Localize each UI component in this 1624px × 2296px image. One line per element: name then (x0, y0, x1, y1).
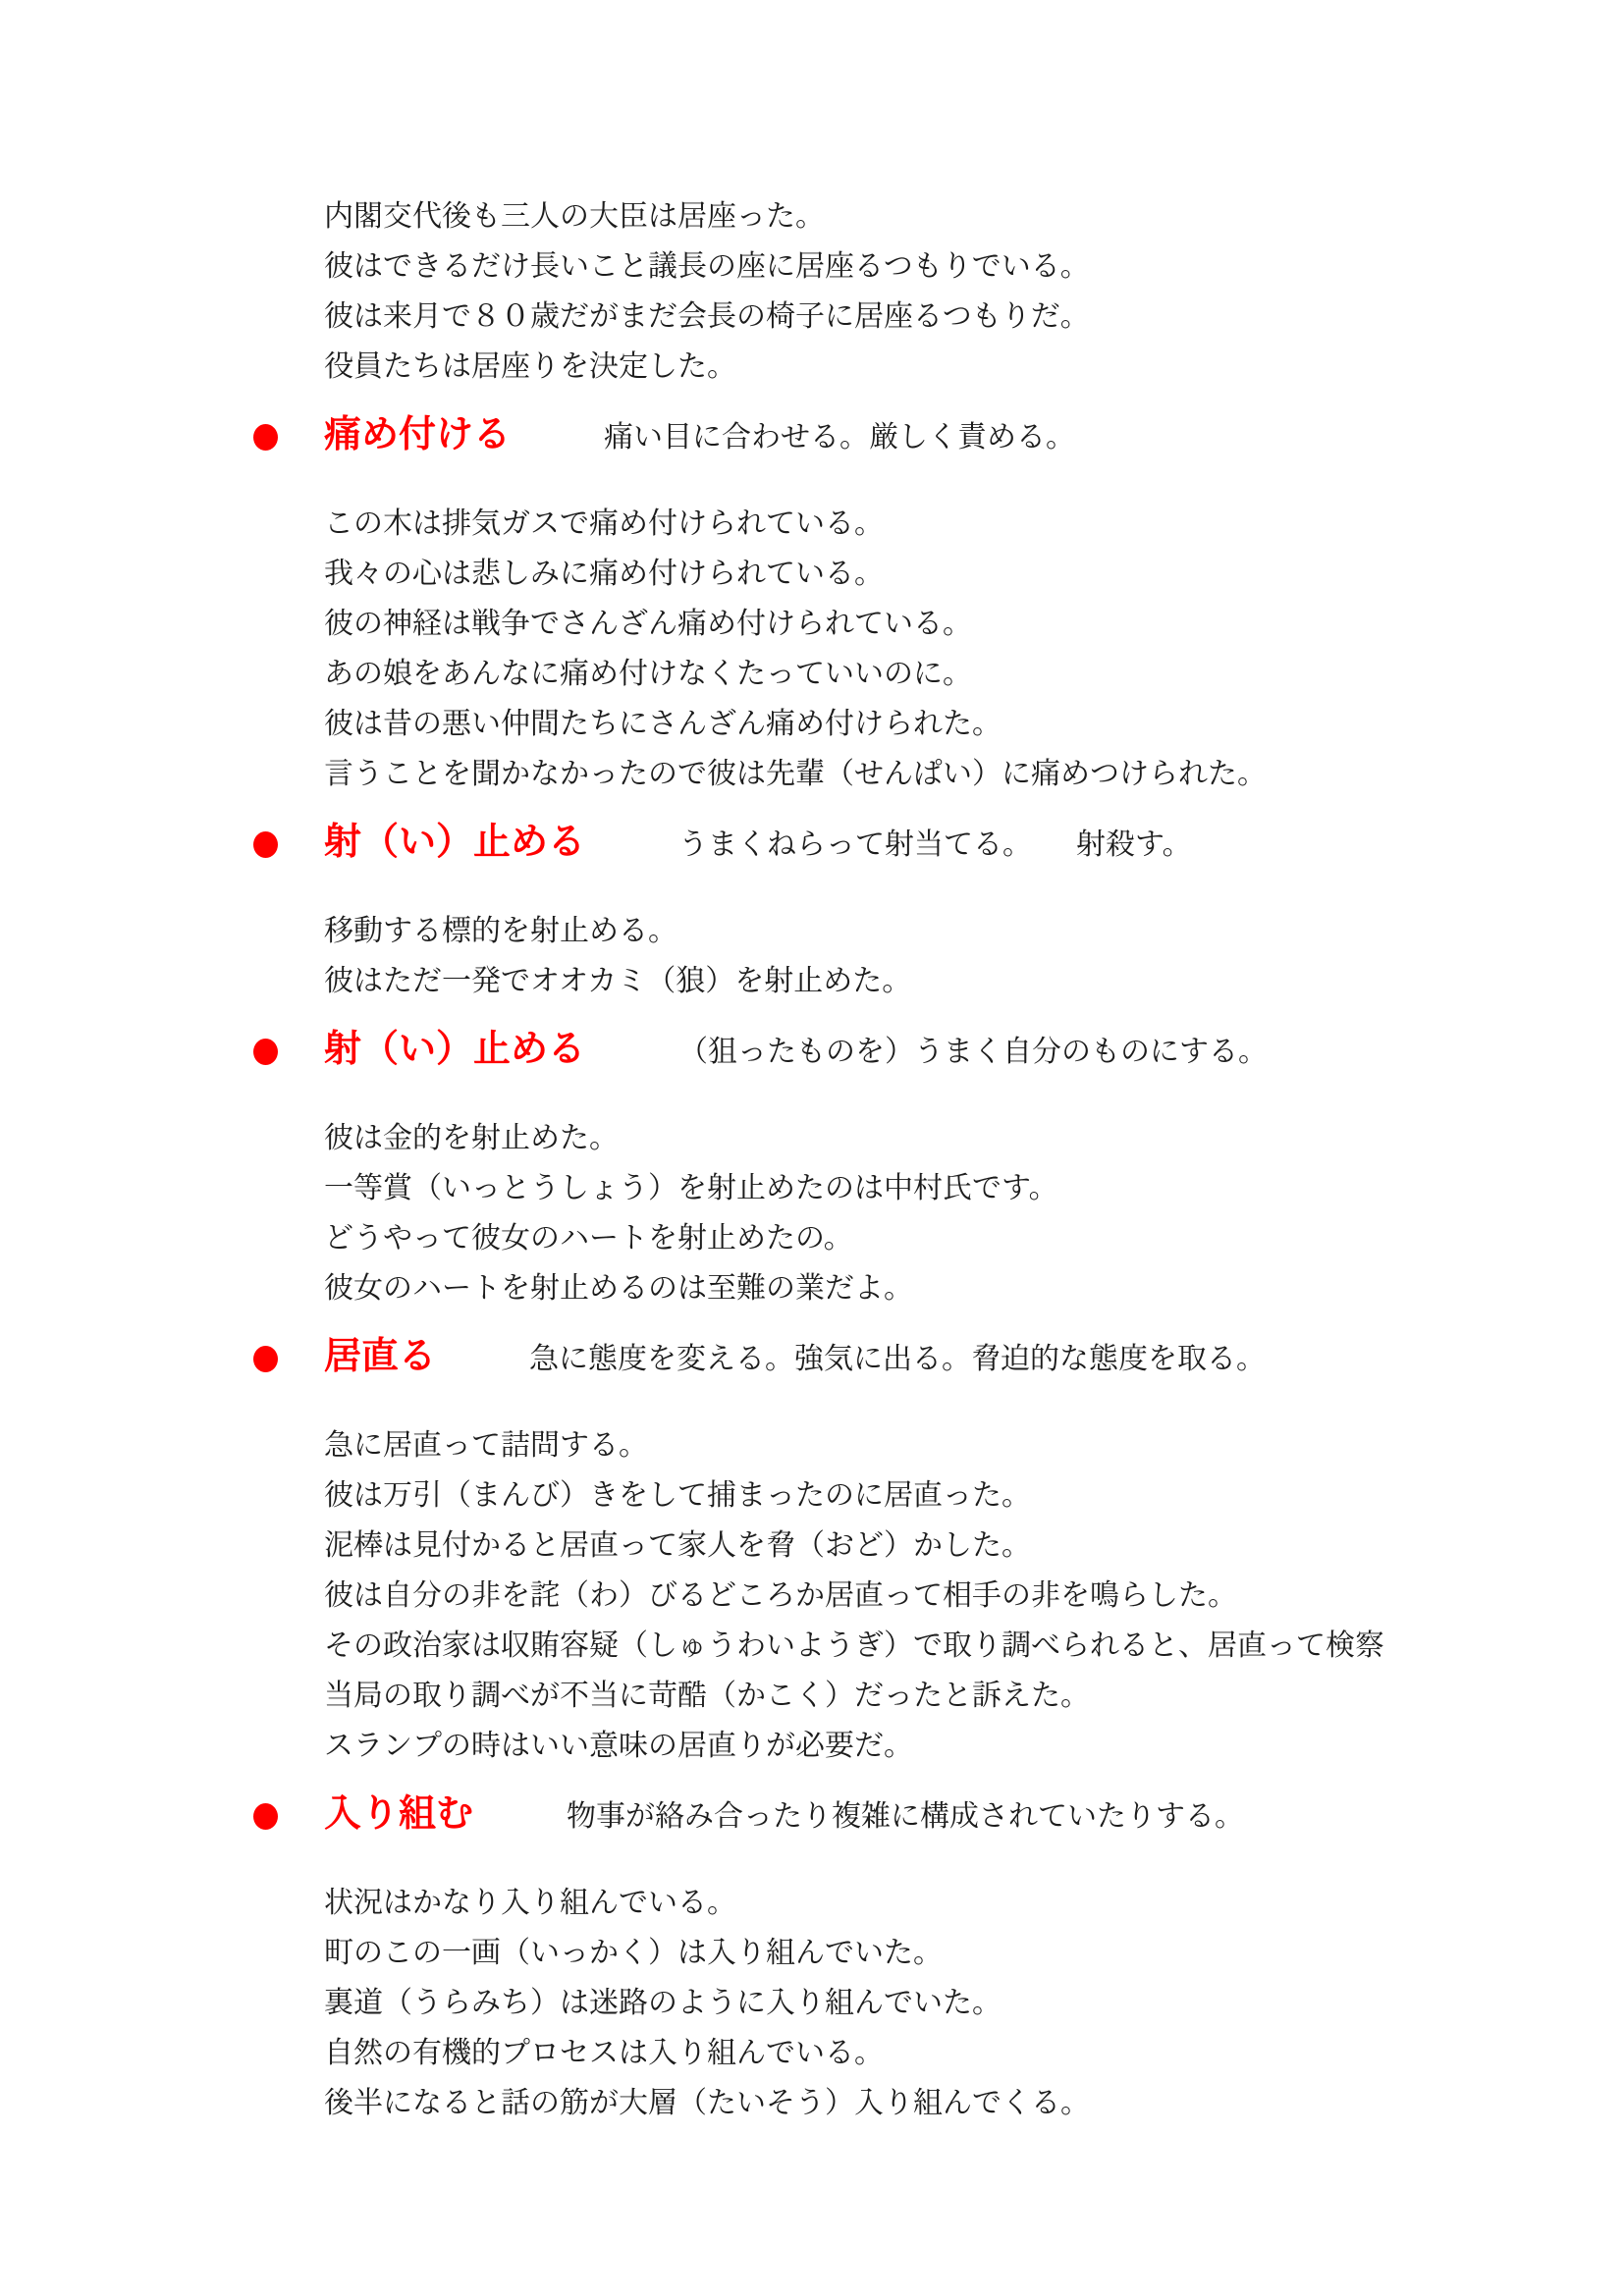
entry-example-block: 移動する標的を射止める。 彼はただ一発でオオカミ（狼）を射止めた。 (324, 906, 1399, 1006)
definition: 急に態度を変える。強気に出る。脅迫的な態度を取る。 (529, 1336, 1266, 1383)
example-sentence: あの娘をあんなに痛め付けなくたっていいのに。 (324, 649, 1399, 699)
document-content: 内閣交代後も三人の大臣は居座った。 彼はできるだけ長いこと議長の座に居座るつもり… (324, 191, 1399, 2128)
example-sentence: どうやって彼女のハートを射止めたの。 (324, 1213, 1399, 1263)
bullet-icon (253, 1803, 278, 1830)
example-sentence: 彼は来月で８０歳だがまだ会長の椅子に居座るつもりだ。 (324, 292, 1399, 342)
entry-example-block: 彼は金的を射止めた。 一等賞（いっとうしょう）を射止めたのは中村氏です。 どうや… (324, 1113, 1399, 1313)
example-sentence: 彼は昔の悪い仲間たちにさんざん痛め付けられた。 (324, 699, 1399, 749)
entry-heading: 入り組む 物事が絡み合ったり複雑に構成されていたりする。 (324, 1790, 1399, 1841)
bullet-icon (253, 831, 278, 858)
intro-example-block: 内閣交代後も三人の大臣は居座った。 彼はできるだけ長いこと議長の座に居座るつもり… (324, 191, 1399, 392)
entry-example-block: 状況はかなり入り組んでいる。 町のこの一画（いっかく）は入り組んでいた。 裏道（… (324, 1878, 1399, 2128)
document-page: 内閣交代後も三人の大臣は居座った。 彼はできるだけ長いこと議長の座に居座るつもり… (0, 0, 1624, 2296)
example-sentence: 裏道（うらみち）は迷路のように入り組んでいた。 (324, 1978, 1399, 2028)
example-sentence: 我々の心は悲しみに痛め付けられている。 (324, 549, 1399, 599)
headword: 入り組む (324, 1790, 473, 1838)
entry: 入り組む 物事が絡み合ったり複雑に構成されていたりする。 状況はかなり入り組んで… (324, 1790, 1399, 2128)
entry-heading: 居直る 急に態度を変える。強気に出る。脅迫的な態度を取る。 (324, 1333, 1399, 1383)
bullet-icon (253, 424, 278, 451)
definition: （狙ったものを）うまく自分のものにする。 (678, 1029, 1268, 1076)
example-sentence: 移動する標的を射止める。 (324, 906, 1399, 956)
entry-example-block: この木は排気ガスで痛め付けられている。 我々の心は悲しみに痛め付けられている。 … (324, 499, 1399, 799)
example-sentence: この木は排気ガスで痛め付けられている。 (324, 499, 1399, 549)
example-sentence: その政治家は収賄容疑（しゅうわいようぎ）で取り調べられると、居直って検察当局の取… (324, 1621, 1399, 1721)
example-sentence: 後半になると話の筋が大層（たいそう）入り組んでくる。 (324, 2078, 1399, 2128)
entry: 居直る 急に態度を変える。強気に出る。脅迫的な態度を取る。 急に居直って詰問する… (324, 1333, 1399, 1771)
example-sentence: 彼の神経は戦争でさんざん痛め付けられている。 (324, 599, 1399, 649)
definition: 物事が絡み合ったり複雑に構成されていたりする。 (567, 1793, 1244, 1841)
entry: 痛め付ける 痛い目に合わせる。厳しく責める。 この木は排気ガスで痛め付けられてい… (324, 411, 1399, 799)
headword: 居直る (324, 1333, 436, 1380)
headword: 射（い）止める (324, 819, 585, 866)
bullet-icon (253, 1039, 278, 1065)
definition: うまくねらって射当てる。 射殺す。 (678, 822, 1192, 869)
definition: 痛い目に合わせる。厳しく責める。 (604, 414, 1075, 461)
example-sentence: 一等賞（いっとうしょう）を射止めたのは中村氏です。 (324, 1163, 1399, 1213)
entry-heading: 射（い）止める （狙ったものを）うまく自分のものにする。 (324, 1026, 1399, 1076)
entry-heading: 射（い）止める うまくねらって射当てる。 射殺す。 (324, 819, 1399, 869)
entry-example-block: 急に居直って詰問する。 彼は万引（まんび）きをして捕まったのに居直った。 泥棒は… (324, 1420, 1399, 1771)
example-sentence: 町のこの一画（いっかく）は入り組んでいた。 (324, 1928, 1399, 1978)
example-sentence: 彼女のハートを射止めるのは至難の業だよ。 (324, 1263, 1399, 1313)
example-sentence: 自然の有機的プロセスは入り組んでいる。 (324, 2028, 1399, 2078)
headword: 痛め付ける (324, 411, 511, 458)
example-sentence: 内閣交代後も三人の大臣は居座った。 (324, 191, 1399, 241)
example-sentence: 言うことを聞かなかったので彼は先輩（せんぱい）に痛めつけられた。 (324, 749, 1399, 799)
example-sentence: 彼はできるだけ長いこと議長の座に居座るつもりでいる。 (324, 241, 1399, 292)
example-sentence: 状況はかなり入り組んでいる。 (324, 1878, 1399, 1928)
example-sentence: 彼は自分の非を詫（わ）びるどころか居直って相手の非を鳴らした。 (324, 1571, 1399, 1621)
example-sentence: 彼は金的を射止めた。 (324, 1113, 1399, 1163)
example-sentence: 役員たちは居座りを決定した。 (324, 342, 1399, 392)
example-sentence: 彼はただ一発でオオカミ（狼）を射止めた。 (324, 956, 1399, 1006)
example-sentence: 彼は万引（まんび）きをして捕まったのに居直った。 (324, 1470, 1399, 1521)
entry: 射（い）止める （狙ったものを）うまく自分のものにする。 彼は金的を射止めた。 … (324, 1026, 1399, 1313)
example-sentence: スランプの時はいい意味の居直りが必要だ。 (324, 1721, 1399, 1771)
entry-heading: 痛め付ける 痛い目に合わせる。厳しく責める。 (324, 411, 1399, 461)
example-sentence: 急に居直って詰問する。 (324, 1420, 1399, 1470)
headword: 射（い）止める (324, 1026, 585, 1073)
bullet-icon (253, 1346, 278, 1372)
example-sentence: 泥棒は見付かると居直って家人を脅（おど）かした。 (324, 1521, 1399, 1571)
entry: 射（い）止める うまくねらって射当てる。 射殺す。 移動する標的を射止める。 彼… (324, 819, 1399, 1006)
